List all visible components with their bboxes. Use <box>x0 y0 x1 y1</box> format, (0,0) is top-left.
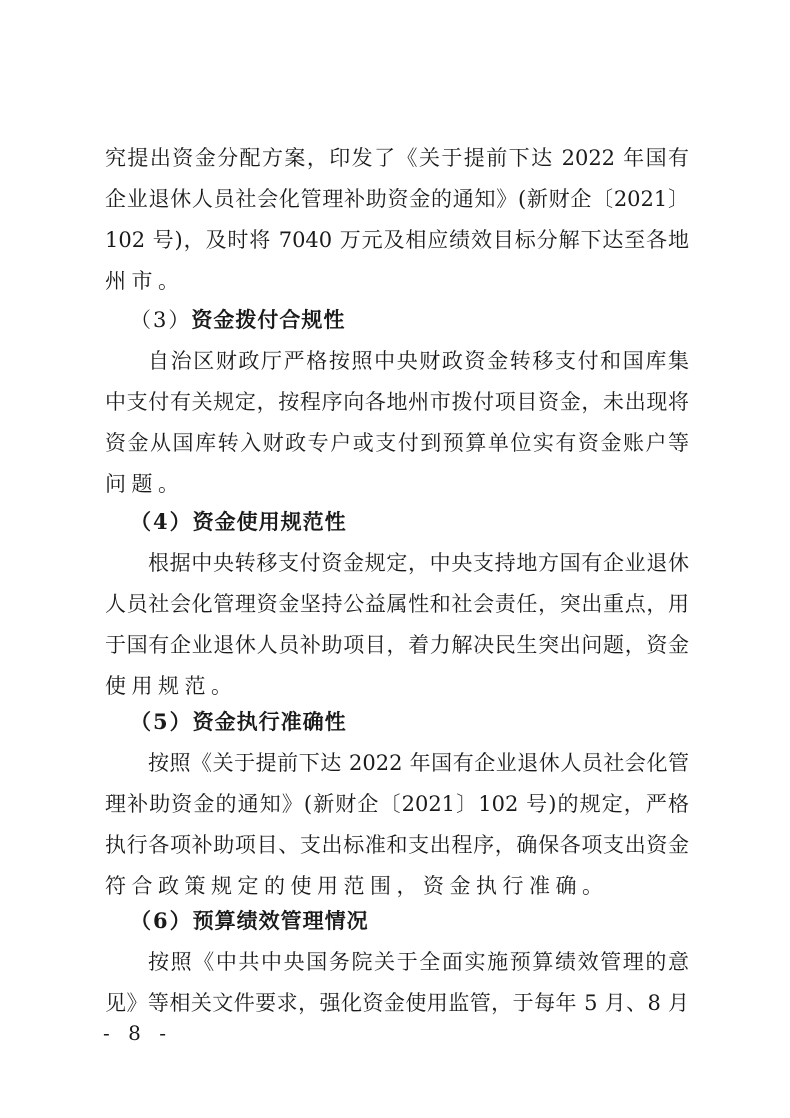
section-number: （5） <box>130 709 193 734</box>
paragraph-line: 见》等相关文件要求，强化资金使用监管，于每年 5 月、8 月 <box>105 989 689 1017</box>
section-heading: （5）资金执行准确性 <box>130 708 347 736</box>
paragraph-line: 企业退休人员社会化管理补助资金的通知》(新财企〔2021〕 <box>105 185 689 213</box>
paragraph-line: 使用规范。 <box>105 672 689 700</box>
section-heading: （3）资金拨付合规性 <box>130 306 345 334</box>
paragraph-line: 理补助资金的通知》(新财企〔2021〕102 号)的规定，严格 <box>105 790 689 818</box>
paragraph-line: 按照《中共中央国务院关于全面实施预算绩效管理的意 <box>148 948 689 976</box>
paragraph-line: 问题。 <box>105 470 689 498</box>
paragraph-line: 资金从国库转入财政专户或支付到预算单位实有资金账户等 <box>105 429 689 457</box>
page-number: - 8 - <box>103 1020 172 1046</box>
section-number: （3） <box>130 308 191 332</box>
paragraph-line: 人员社会化管理资金坚持公益属性和社会责任，突出重点，用 <box>105 590 689 618</box>
section-heading: （4）资金使用规范性 <box>130 508 347 536</box>
paragraph-line: 自治区财政厅严格按照中央财政资金转移支付和国库集 <box>148 347 689 375</box>
document-page: 究提出资金分配方案，印发了《关于提前下达 2022 年国有 企业退休人员社会化管… <box>0 0 790 1118</box>
section-number: （6） <box>130 908 193 933</box>
paragraph-line: 州市。 <box>105 267 689 295</box>
paragraph-line: 中支付有关规定，按程序向各地州市拨付项目资金，未出现将 <box>105 388 689 416</box>
paragraph-line: 究提出资金分配方案，印发了《关于提前下达 2022 年国有 <box>105 144 689 172</box>
section-heading: （6）预算绩效管理情况 <box>130 907 369 935</box>
section-title: 预算绩效管理情况 <box>193 909 369 933</box>
paragraph-line: 执行各项补助项目、支出标准和支出程序，确保各项支出资金 <box>105 831 689 859</box>
paragraph-line: 符合政策规定的使用范围，资金执行准确。 <box>105 872 689 900</box>
section-title: 资金执行准确性 <box>193 710 347 734</box>
paragraph-line: 按照《关于提前下达 2022 年国有企业退休人员社会化管 <box>148 749 689 777</box>
paragraph-line: 根据中央转移支付资金规定，中央支持地方国有企业退休 <box>148 549 689 577</box>
section-title: 资金拨付合规性 <box>191 308 345 332</box>
section-title: 资金使用规范性 <box>193 510 347 534</box>
paragraph-line: 102 号)，及时将 7040 万元及相应绩效目标分解下达至各地 <box>105 226 689 254</box>
paragraph-line: 于国有企业退休人员补助项目，着力解决民生突出问题，资金 <box>105 631 689 659</box>
section-number: （4） <box>130 509 193 534</box>
